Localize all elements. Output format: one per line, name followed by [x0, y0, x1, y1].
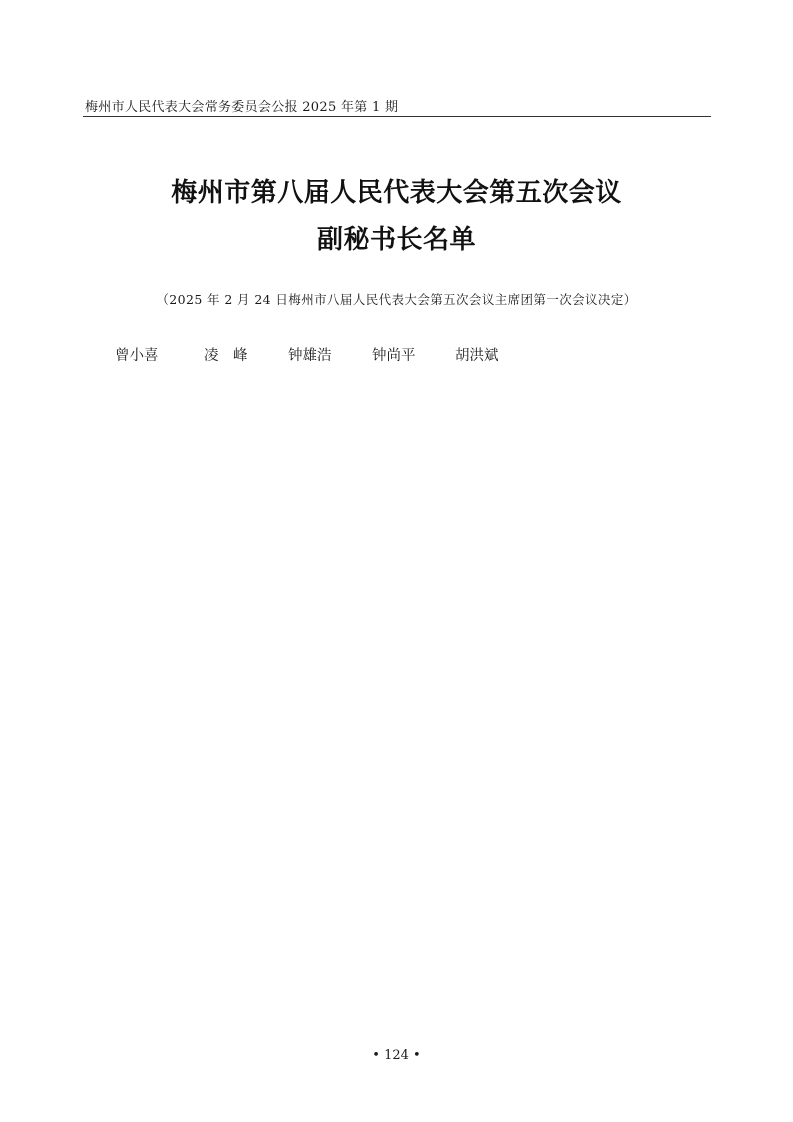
- page-number: • 124 •: [0, 1048, 793, 1063]
- name-item: 凌 峰: [204, 344, 248, 365]
- name-item: 胡洪斌: [455, 344, 499, 365]
- running-header: 梅州市人民代表大会常务委员会公报 2025 年第 1 期: [85, 96, 398, 115]
- document-title-line-2: 副秘书长名单: [0, 219, 793, 256]
- header-divider: [83, 116, 711, 117]
- decision-note: （2025 年 2 月 24 日梅州市八届人民代表大会第五次会议主席团第一次会议…: [0, 290, 793, 308]
- name-item: 钟尚平: [372, 344, 416, 365]
- name-item: 钟雄浩: [288, 344, 332, 365]
- name-item: 曾小喜: [115, 344, 159, 365]
- document-title-line-1: 梅州市第八届人民代表大会第五次会议: [0, 172, 793, 209]
